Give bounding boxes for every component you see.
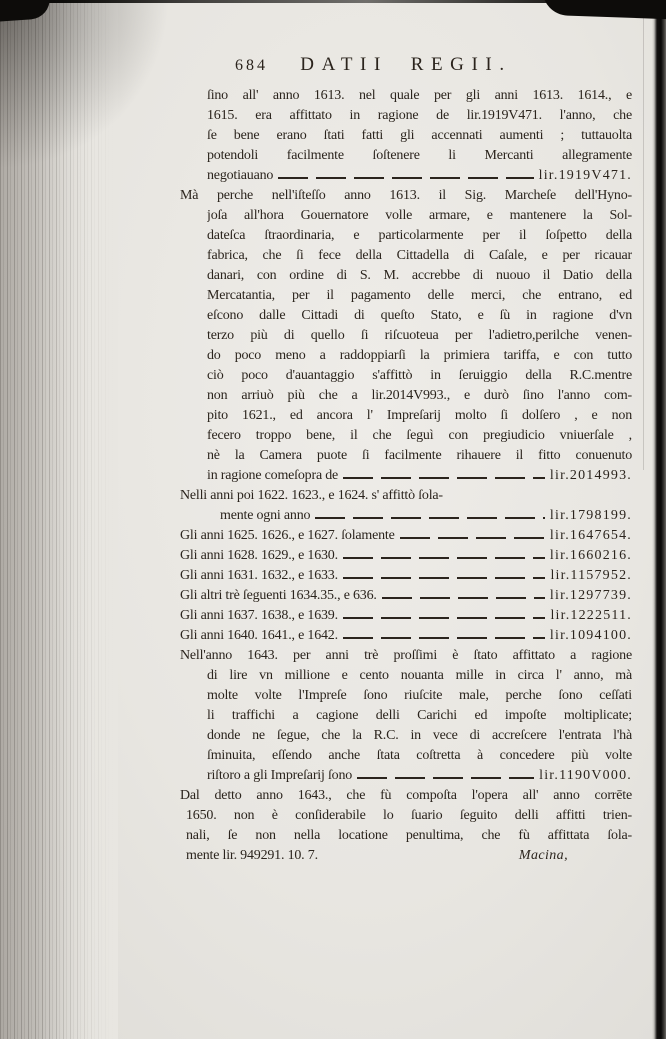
text-line: nali, ſe non nella locatione penultima, …: [186, 826, 632, 846]
line-text: Gli anni 1631. 1632., e 1633.: [180, 566, 338, 586]
line-amount: lir.1157952.: [550, 566, 632, 586]
line-text: Mercatantia, per il pagamento delle merc…: [207, 286, 632, 306]
text-line: ſino all' anno 1613. nel quale per gli a…: [207, 86, 632, 106]
text-line: mente ogni annolir.1798199.: [220, 506, 632, 526]
gutter-top-shade: [0, 0, 170, 170]
line-text: Gli anni 1640. 1641., e 1642.: [180, 626, 338, 646]
line-text: Gli altri trè ſeguenti 1634.35., e 636.: [180, 586, 377, 606]
line-text: non arriuò più che a lir.2014V993., e du…: [207, 386, 632, 406]
text-line: Gli anni 1637. 1638., e 1639.lir.1222511…: [180, 606, 632, 626]
line-text: Nelli anni poi 1622. 1623., e 1624. s' a…: [180, 488, 443, 503]
text-line: Gli altri trè ſeguenti 1634.35., e 636.l…: [180, 586, 632, 606]
line-text: ſe bene erano ſtati fatti gli accennati …: [207, 126, 632, 146]
line-amount: lir.1297739.: [550, 586, 632, 606]
text-line: fecero troppo bene, il che ſeguì con pre…: [207, 426, 632, 446]
text-line: fabrica, che ſi fece della Cittadella di…: [207, 246, 632, 266]
line-text: terzo più di quello ſi riſcuoteua per l'…: [207, 326, 632, 346]
line-text: dateſca ſtraordinaria, e particolarmente…: [207, 226, 632, 246]
line-text: danari, con ordine di S. M. accrebbe di …: [207, 266, 632, 286]
text-line: negotiauanolir.1919V471.: [207, 166, 632, 186]
text-line: joſa all'hora Gouernatore volle armare, …: [207, 206, 632, 226]
dash-leader: [343, 477, 545, 479]
line-text: ciò poco d'auantaggio s'affittò in ſerui…: [207, 366, 632, 386]
line-text: do poco meno a raddoppiarſi la primiera …: [207, 346, 632, 366]
dash-leader: [343, 617, 546, 619]
text-line: Nell'anno 1643. per anni trè proſſimi è …: [180, 646, 632, 666]
page-header: 684 DATII REGII.: [180, 54, 632, 80]
text-line: Mà perche nell'iſteſſo anno 1613. il Sig…: [180, 186, 632, 206]
text-line: ſe bene erano ſtati fatti gli accennati …: [207, 126, 632, 146]
line-text: pito 1621., ed ancora l' Impreſarij molt…: [207, 406, 632, 426]
line-text: riſtoro a gli Impreſarij ſono: [207, 766, 352, 786]
text-line: mente lir. 949291. 10. 7.Macina,: [186, 846, 632, 866]
line-text: li traffichi a cagione delli Carichi ed …: [207, 706, 632, 726]
text-line: Mercatantia, per il pagamento delle merc…: [207, 286, 632, 306]
line-text: nè la Camera puote ſi facilmente rihauer…: [207, 446, 632, 466]
text-line: dateſca ſtraordinaria, e particolarmente…: [207, 226, 632, 246]
text-line: do poco meno a raddoppiarſi la primiera …: [207, 346, 632, 366]
text-line: Gli anni 1631. 1632., e 1633.lir.1157952…: [180, 566, 632, 586]
dash-leader: [315, 517, 545, 519]
line-text: Nell'anno 1643. per anni trè proſſimi è …: [180, 646, 632, 666]
line-text: 1650. non è conſiderabile lo ſuario ſegu…: [186, 806, 632, 826]
text-line: pito 1621., ed ancora l' Impreſarij molt…: [207, 406, 632, 426]
text-line: nè la Camera puote ſi facilmente rihauer…: [207, 446, 632, 466]
line-text: ſino all' anno 1613. nel quale per gli a…: [207, 86, 632, 106]
line-text: Mà perche nell'iſteſſo anno 1613. il Sig…: [180, 186, 632, 206]
text-line: Dal detto anno 1643., che fù compoſta l'…: [180, 786, 632, 806]
text-line: 1650. non è conſiderabile lo ſuario ſegu…: [186, 806, 632, 826]
scan-edge-right: [652, 0, 666, 1039]
text-line: ciò poco d'auantaggio s'affittò in ſerui…: [207, 366, 632, 386]
text-line: Gli anni 1640. 1641., e 1642.lir.1094100…: [180, 626, 632, 646]
line-text: fecero troppo bene, il che ſeguì con pre…: [207, 426, 632, 446]
line-text: Gli anni 1637. 1638., e 1639.: [180, 606, 338, 626]
line-amount: lir.1660216.: [550, 546, 632, 566]
text-line: terzo più di quello ſi riſcuoteua per l'…: [207, 326, 632, 346]
text-line: riſtoro a gli Impreſarij ſonolir.1190V00…: [207, 766, 632, 786]
line-text: mente lir. 949291. 10. 7.: [186, 846, 318, 866]
line-amount: lir.1190V000.: [539, 766, 632, 786]
page-edge-hairline: [643, 0, 644, 470]
line-text: Dal detto anno 1643., che fù compoſta l'…: [180, 786, 632, 806]
text-line: potendoli facilmente ſoſtenere li Mercan…: [207, 146, 632, 166]
dash-leader: [343, 557, 545, 559]
text-line: Gli anni 1628. 1629., e 1630.lir.1660216…: [180, 546, 632, 566]
line-text: fabrica, che ſi fece della Cittadella di…: [207, 246, 632, 266]
text-line: non arriuò più che a lir.2014V993., e du…: [207, 386, 632, 406]
line-text: in ragione comeſopra de: [207, 466, 338, 486]
gutter-shadow: [0, 0, 118, 1039]
dash-leader: [382, 597, 545, 599]
line-text: Gli anni 1628. 1629., e 1630.: [180, 546, 338, 566]
line-text: 1615. era affittato in ragione de lir.19…: [207, 106, 632, 126]
text-line: di lire vn millione e cento nouanta mill…: [207, 666, 632, 686]
text-line: eſcono dalle Cittadi di queſto Stato, e …: [207, 306, 632, 326]
text-line: Gli anni 1625. 1626., e 1627. ſolamentel…: [180, 526, 632, 546]
line-amount: lir.1647654.: [550, 526, 632, 546]
line-text: molte volte l'Impreſe ſono riuſcite male…: [207, 686, 632, 706]
dash-leader: [343, 577, 546, 579]
text-line: in ragione comeſopra delir.2014993.: [207, 466, 632, 486]
line-text: donde ne ſegue, che la R.C. in vece di a…: [207, 726, 632, 746]
dash-leader: [343, 637, 545, 639]
text-block: ſino all' anno 1613. nel quale per gli a…: [180, 86, 632, 866]
text-line: molte volte l'Impreſe ſono riuſcite male…: [207, 686, 632, 706]
scan-corner-top-left: [0, 0, 51, 22]
dash-leader: [357, 777, 534, 779]
line-text: Gli anni 1625. 1626., e 1627. ſolamente: [180, 526, 395, 546]
dash-leader: [400, 537, 545, 539]
dash-leader: [278, 177, 533, 179]
line-text: potendoli facilmente ſoſtenere li Mercan…: [207, 146, 632, 166]
page-number: 684: [235, 57, 268, 75]
line-text: nali, ſe non nella locatione penultima, …: [186, 826, 632, 846]
text-line: danari, con ordine di S. M. accrebbe di …: [207, 266, 632, 286]
text-line: donde ne ſegue, che la R.C. in vece di a…: [207, 726, 632, 746]
line-text: di lire vn millione e cento nouanta mill…: [207, 666, 632, 686]
catchword: Macina,: [519, 846, 568, 866]
line-text: joſa all'hora Gouernatore volle armare, …: [207, 206, 632, 226]
line-amount: lir.2014993.: [550, 466, 632, 486]
line-amount: lir.1798199.: [550, 506, 632, 526]
line-amount: lir.1094100.: [550, 626, 632, 646]
text-line: Nelli anni poi 1622. 1623., e 1624. s' a…: [180, 486, 632, 506]
line-text: mente ogni anno: [220, 506, 310, 526]
line-text: ſminuita, eſſendo anche ſtata coſtretta …: [207, 746, 632, 766]
scan-corner-top-right: [542, 0, 666, 19]
text-line: li traffichi a cagione delli Carichi ed …: [207, 706, 632, 726]
scanned-book-page: 684 DATII REGII. ſino all' anno 1613. ne…: [0, 0, 666, 1039]
line-text: negotiauano: [207, 166, 273, 186]
line-text: eſcono dalle Cittadi di queſto Stato, e …: [207, 306, 632, 326]
line-amount: lir.1919V471.: [539, 166, 632, 186]
text-line: ſminuita, eſſendo anche ſtata coſtretta …: [207, 746, 632, 766]
line-amount: lir.1222511.: [550, 606, 632, 626]
text-line: 1615. era affittato in ragione de lir.19…: [207, 106, 632, 126]
